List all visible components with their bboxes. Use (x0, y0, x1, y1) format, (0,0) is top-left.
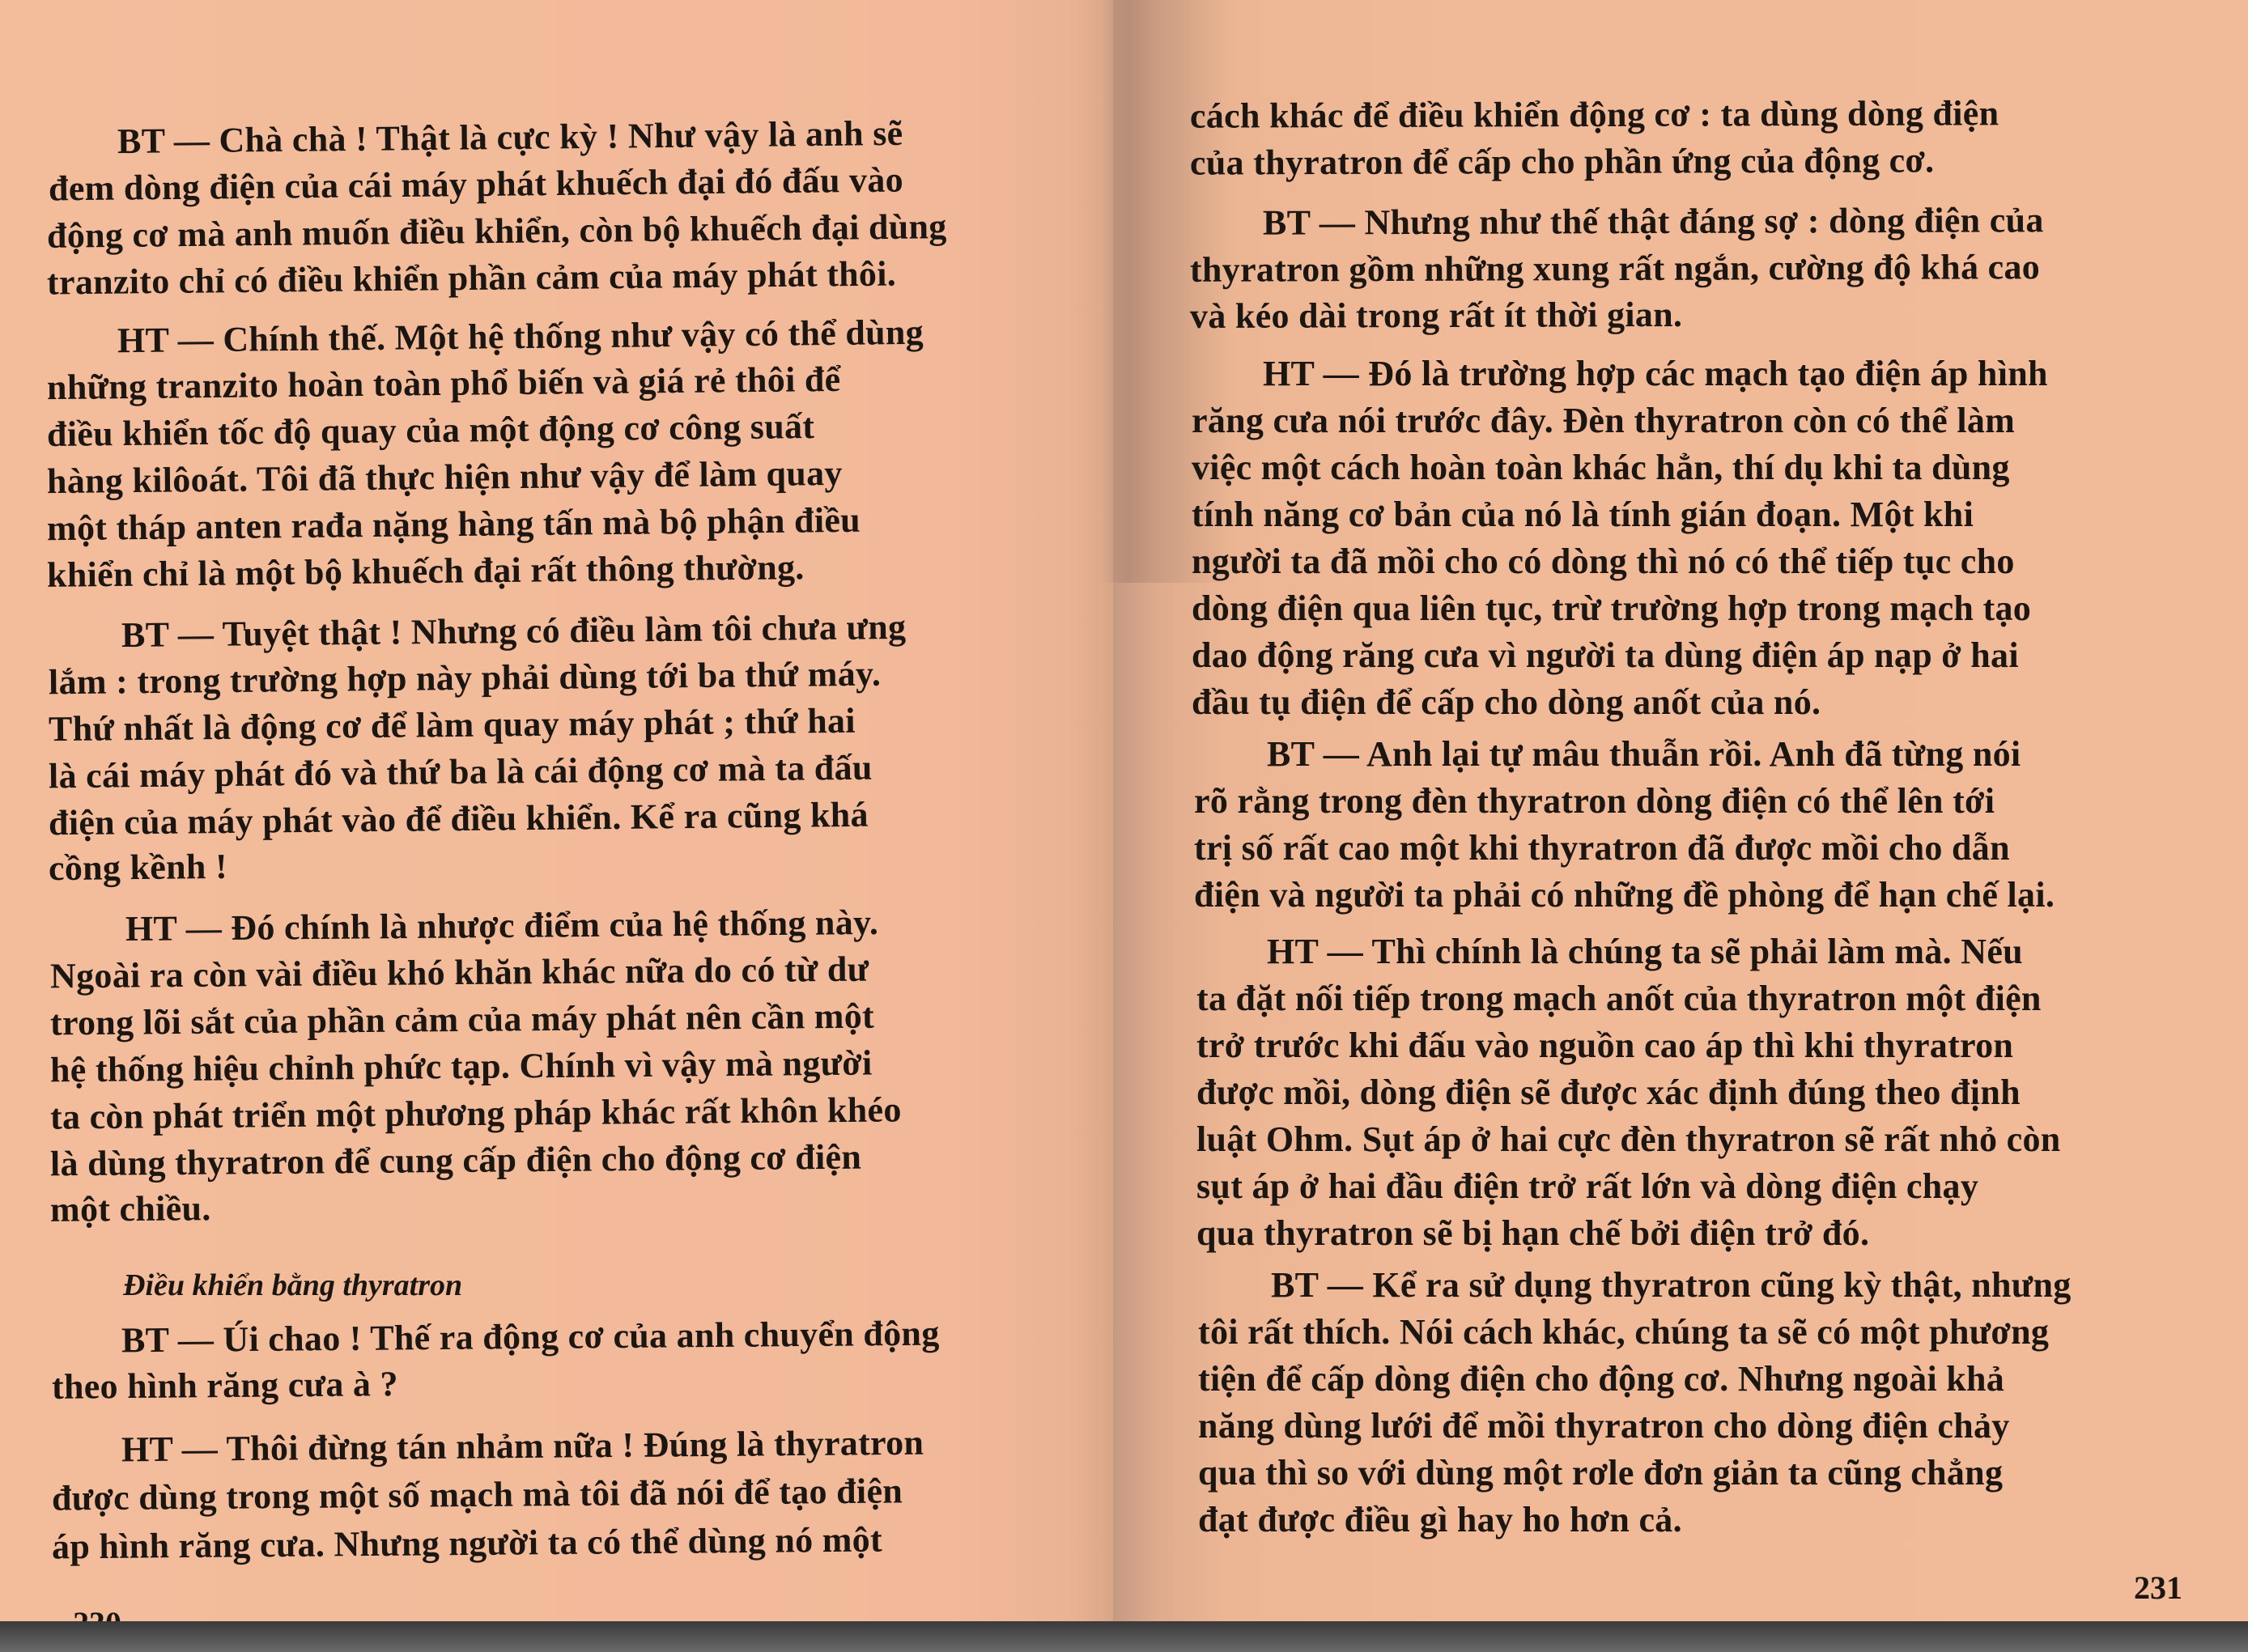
text-line: theo hình răng cưa à ? (52, 1366, 398, 1405)
text-line: trở trước khi đấu vào nguồn cao áp thì k… (1196, 1028, 2013, 1064)
text-line: BT — Chà chà ! Thật là cực kỳ ! Như vậy … (117, 116, 903, 159)
text-line: là cái máy phát đó và thứ ba là cái động… (49, 750, 873, 795)
text-line: hàng kilôoát. Tôi đã thực hiện như vậy đ… (47, 456, 843, 499)
text-line: dòng điện qua liên tục, trừ trường hợp t… (1192, 591, 2031, 626)
page-number-right: 231 (2134, 1569, 2182, 1607)
text-line: một chiều. (50, 1191, 211, 1228)
text-line: ta đặt nối tiếp trong mạch anốt của thyr… (1196, 981, 2042, 1017)
text-line: là dùng thyratron để cung cấp điện cho đ… (50, 1140, 862, 1183)
text-line: BT — Anh lại tự mâu thuẫn rồi. Anh đã từ… (1267, 737, 2021, 772)
text-line: dao động răng cưa vì người ta dùng điện … (1192, 638, 2019, 673)
text-line: áp hình răng cưa. Nhưng người ta có thể … (52, 1522, 882, 1565)
text-line: rõ rằng trong đèn thyratron dòng điện có… (1194, 784, 1995, 819)
text-line: những tranzito hoàn toàn phổ biến và giá… (47, 362, 841, 406)
text-line: BT — Tuyệt thật ! Nhưng có điều làm tôi … (121, 609, 907, 653)
text-line: cồng kềnh ! (49, 849, 227, 886)
text-line: HT — Đó là trường hợp các mạch tạo điện … (1263, 356, 2048, 392)
text-line: động cơ mà anh muốn điều khiển, còn bộ k… (47, 209, 947, 254)
book-spread: BT — Chà chà ! Thật là cực kỳ ! Như vậy … (0, 0, 2248, 1621)
text-line: điều khiển tốc độ quay của một động cơ c… (47, 409, 815, 452)
text-line: được dùng trong một số mạch mà tôi đã nó… (52, 1473, 903, 1516)
text-line: HT — Chính thế. Một hệ thống như vậy có … (117, 315, 924, 359)
text-line: thyratron gồm những xung rất ngắn, cường… (1190, 249, 2040, 288)
text-line: luật Ohm. Sụt áp ở hai cực đèn thyratron… (1196, 1122, 2061, 1157)
text-line: tiện để cấp dòng điện cho động cơ. Nhưng… (1198, 1361, 2004, 1397)
text-line: tính năng cơ bản của nó là tính gián đoạ… (1192, 497, 1974, 533)
text-line: Ngoài ra còn vài điều khó khăn khác nữa … (50, 952, 869, 995)
text-line: điện và người ta phải có những đề phòng … (1194, 877, 2055, 913)
text-line: và kéo dài trong rất ít thời gian. (1190, 297, 1682, 334)
section-heading: Điều khiển bằng thyratron (123, 1268, 462, 1303)
text-line: một tháp anten rađa nặng hàng tấn mà bộ … (47, 503, 861, 547)
text-line: HT — Thôi đừng tán nhảm nữa ! Đúng là th… (121, 1425, 924, 1468)
page-number-left: 230 (73, 1604, 121, 1621)
text-line: đạt được điều gì hay ho hơn cả. (1198, 1502, 1682, 1538)
text-line: của thyratron để cấp cho phần ứng của độ… (1190, 142, 1935, 180)
text-line: điện của máy phát vào để điều khiển. Kể … (49, 797, 869, 842)
text-line: việc một cách hoàn toàn khác hẳn, thí dụ… (1192, 450, 2010, 486)
text-line: trị số rất cao một khi thyratron đã được… (1194, 830, 2010, 866)
text-line: được mồi, dòng điện sẽ được xác định đún… (1196, 1075, 2021, 1111)
text-line: hệ thống hiệu chỉnh phức tạp. Chính vì v… (50, 1046, 873, 1089)
text-line: cách khác để điều khiển động cơ : ta dùn… (1190, 96, 1999, 134)
text-line: HT — Thì chính là chúng ta sẽ phải làm m… (1267, 934, 2023, 970)
text-line: BT — Úi chao ! Thế ra động cơ của anh ch… (121, 1316, 940, 1359)
text-line: đem dòng điện của cái máy phát khuếch đạ… (49, 162, 903, 206)
text-line: BT — Kể ra sử dụng thyratron cũng kỳ thậ… (1271, 1268, 2072, 1303)
text-line: qua thyratron sẽ bị hạn chế bởi điện trở… (1196, 1216, 1869, 1251)
text-line: trong lõi sắt của phần cảm của máy phát … (50, 999, 874, 1042)
text-line: lắm : trong trường hợp này phải dùng tới… (49, 656, 882, 701)
scanner-bed-edge (0, 1621, 2248, 1652)
text-line: sụt áp ở hai đầu điện trở rất lớn và dòn… (1196, 1169, 1978, 1204)
text-line: BT — Nhưng như thế thật đáng sợ : dòng đ… (1263, 202, 2044, 240)
text-line: người ta đã mồi cho có dòng thì nó có th… (1192, 544, 2015, 580)
text-line: khiển chỉ là một bộ khuếch đại rất thông… (47, 550, 805, 593)
text-line: Thứ nhất là động cơ để làm quay máy phát… (49, 703, 856, 747)
text-line: tôi rất thích. Nói cách khác, chúng ta s… (1198, 1314, 2049, 1350)
text-line: năng dùng lưới để mồi thyratron cho dòng… (1198, 1408, 2010, 1444)
text-line: qua thì so với dùng một rơle đơn giản ta… (1198, 1455, 2003, 1491)
text-line: tranzito chỉ có điều khiển phần cảm của … (47, 257, 896, 301)
text-line: ta còn phát triển một phương pháp khác r… (50, 1092, 902, 1135)
text-line: răng cưa nói trước đây. Đèn thyratron cò… (1192, 403, 2015, 439)
text-line: đầu tụ điện để cấp cho dòng anốt của nó. (1192, 685, 1821, 720)
text-line: HT — Đó chính là nhược điểm của hệ thống… (125, 905, 879, 947)
